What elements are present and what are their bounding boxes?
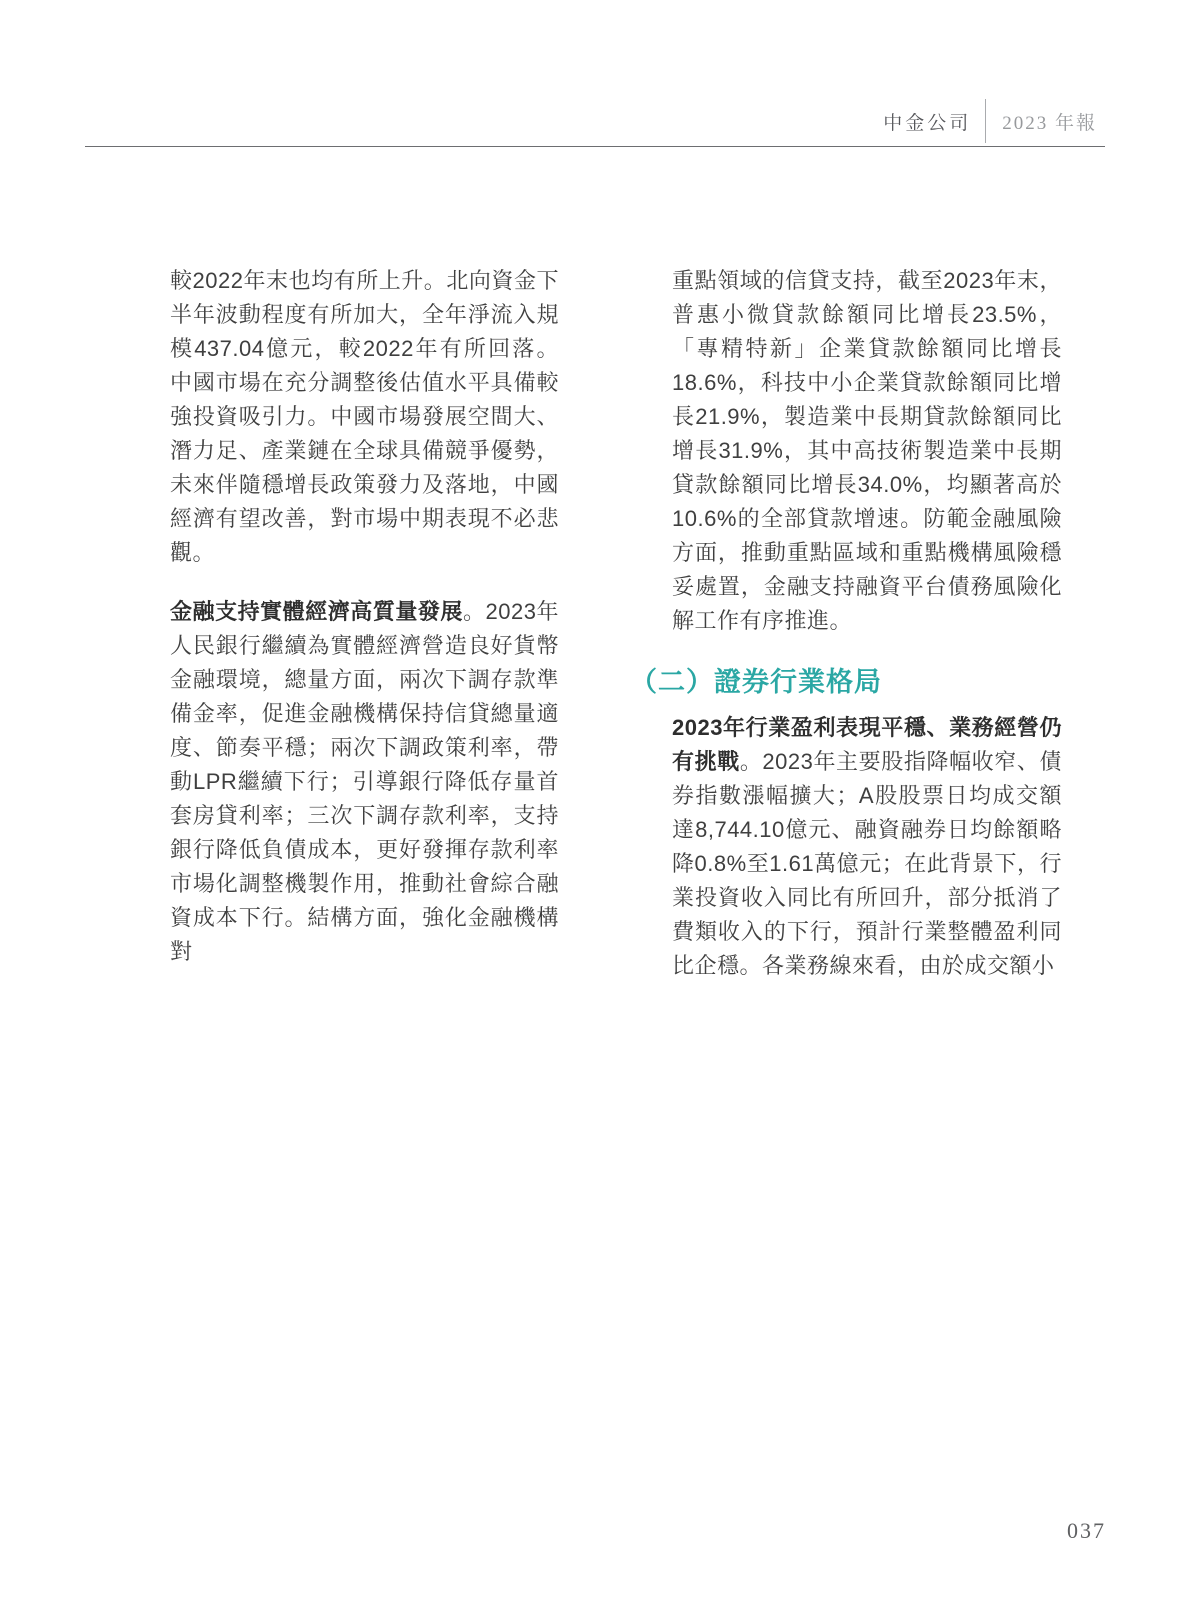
page-header: 中金公司 2023 年報	[883, 98, 1097, 144]
paragraph-financial-support: 金融支持實體經濟高質量發展。2023年人民銀行繼續為實體經濟營造良好貨幣金融環境…	[170, 595, 559, 969]
paragraph-credit-support: 重點領域的信貸支持，截至2023年末，普惠小微貸款餘額同比增長23.5%，「專精…	[672, 264, 1062, 638]
section-heading-securities-industry: （二）證券行業格局	[630, 663, 1062, 701]
header-rule-line	[85, 146, 1105, 147]
paragraph-text: 。2023年人民銀行繼續為實體經濟營造良好貨幣金融環境，總量方面，兩次下調存款準…	[170, 599, 559, 964]
paragraph-bold-lead: 金融支持實體經濟高質量發展	[170, 599, 463, 624]
paragraph-text: 。2023年主要股指降幅收窄、債券指數漲幅擴大；A股股票日均成交額達8,744.…	[672, 749, 1062, 978]
paragraph-industry-profit: 2023年行業盈利表現平穩、業務經營仍有挑戰。2023年主要股指降幅收窄、債券指…	[672, 711, 1062, 983]
page-number: 037	[1040, 1518, 1106, 1544]
paragraph-text: 較2022年末也均有所上升。北向資金下半年波動程度有所加大，全年淨流入規模437…	[170, 268, 559, 565]
document-page: 中金公司 2023 年報 較2022年末也均有所上升。北向資金下半年波動程度有所…	[0, 0, 1190, 1615]
right-text-column: 重點領域的信貸支持，截至2023年末，普惠小微貸款餘額同比增長23.5%，「專精…	[630, 264, 1062, 983]
header-divider	[985, 99, 986, 143]
header-report-title: 2023 年報	[1002, 108, 1097, 135]
paragraph-text: 重點領域的信貸支持，截至2023年末，普惠小微貸款餘額同比增長23.5%，「專精…	[672, 268, 1062, 633]
header-company-name: 中金公司	[883, 108, 971, 135]
left-text-column: 較2022年末也均有所上升。北向資金下半年波動程度有所加大，全年淨流入規模437…	[170, 264, 559, 969]
paragraph-market-outlook: 較2022年末也均有所上升。北向資金下半年波動程度有所加大，全年淨流入規模437…	[170, 264, 559, 570]
